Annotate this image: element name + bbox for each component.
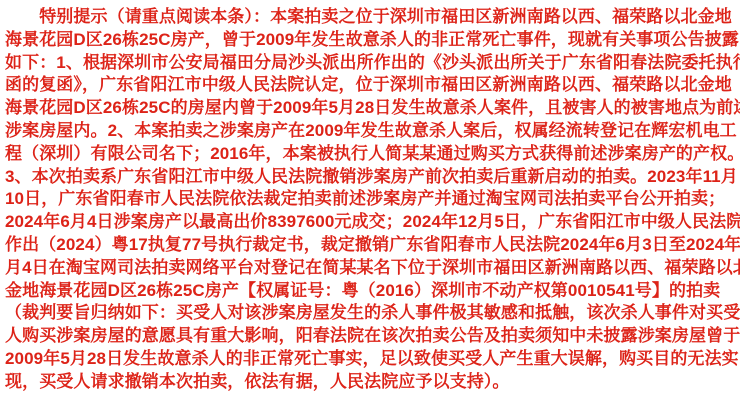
notice-line: 函的复函》，广东省阳江市中级人民法院认定，位于深圳市福田区新洲南路以西、福荣路以… xyxy=(5,74,740,97)
notice-line: 2024年6月4日涉案房产以最高出价8397600元成交；2024年12月5日，… xyxy=(5,211,740,234)
notice-line: 海景花园D区26栋25C房产，曾于2009年发生故意杀人的非正常死亡事件，现就有… xyxy=(5,29,740,52)
special-notice-document: 特别提示（请重点阅读本条）：本案拍卖之位于深圳市福田区新洲南路以西、福荣路以北金… xyxy=(0,0,740,420)
notice-line: 特别提示（请重点阅读本条）：本案拍卖之位于深圳市福田区新洲南路以西、福荣路以北金… xyxy=(5,6,740,29)
notice-line: 3、本次拍卖系广东省阳江市中级人民法院撤销涉案房产前次拍卖后重新启动的拍卖。20… xyxy=(5,166,740,189)
notice-line: 涉案房屋内。2、本案拍卖之涉案房产在2009年发生故意杀人案后，权属经流转登记在… xyxy=(5,120,740,143)
notice-line: 如下：1、根据深圳市公安局福田分局沙头派出所作出的《沙头派出所关于广东省阳春法院… xyxy=(5,52,740,75)
notice-line: 程（深圳）有限公司名下；2016年，本案被执行人简某某通过购买方式获得前述涉案房… xyxy=(5,143,740,166)
notice-line: 人购买涉案房屋的意愿具有重大影响，阳春法院在该次拍卖公告及拍卖须知中未披露涉案房… xyxy=(5,325,740,348)
notice-line: 作出（2024）粤17执复77号执行裁定书，裁定撤销广东省阳春市人民法院2024… xyxy=(5,234,740,257)
notice-line: 金地海景花园D区26栋25C房产【权属证号：粤（2016）深圳市不动产权第001… xyxy=(5,280,740,303)
notice-line: 现，买受人请求撤销本次拍卖，依法有据，人民法院应予以支持）。 xyxy=(5,371,740,394)
notice-line: 月4日在淘宝网司法拍卖网络平台对登记在简某某名下位于深圳市福田区新洲南路以西、福… xyxy=(5,257,740,280)
notice-line: 2009年5月28日发生故意杀人的非正常死亡事实，足以致使买受人产生重大误解，购… xyxy=(5,348,740,371)
notice-line: 10日，广东省阳春市人民法院依法裁定拍卖前述涉案房产并通过淘宝网司法拍卖平台公开… xyxy=(5,188,740,211)
notice-line: （裁判要旨归纳如下：买受人对该涉案房屋发生的杀人事件极其敏感和抵触，该次杀人事件… xyxy=(5,302,740,325)
notice-line: 海景花园D区26栋25C的房屋内曾于2009年5月28日发生故意杀人案件，且被害… xyxy=(5,97,740,120)
